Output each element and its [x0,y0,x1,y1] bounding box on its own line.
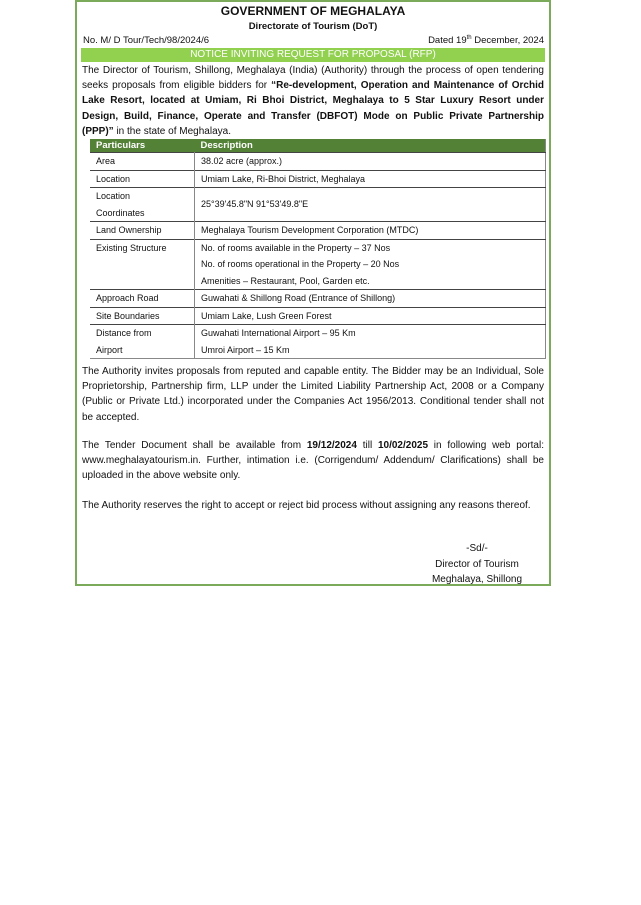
table-row: Distance fromAirportGuwahati Internation… [90,325,546,359]
till-word: till [357,440,378,451]
particular-cell: Location [90,170,195,188]
signature-place: Meghalaya, Shillong [417,572,537,588]
description-cell: Guwahati International Airport – 95 KmUm… [195,325,546,359]
description-cell: 25°39'45.8"N 91°53'49.8"E [195,188,546,222]
description-cell: Umiam Lake, Lush Green Forest [195,307,546,325]
description-value: Umroi Airport – 15 Km [201,342,539,359]
project-details-table: Particulars Description Area38.02 acre (… [90,139,546,359]
reservation-paragraph: The Authority reserves the right to acce… [82,498,544,513]
end-date: 10/02/2025 [378,440,428,451]
date-line: Dated 19th December, 2024 [428,35,544,46]
description-value: Umiam Lake, Lush Green Forest [201,308,539,325]
intro-tail: in the state of Meghalaya. [114,126,231,137]
table-row: Land OwnershipMeghalaya Tourism Developm… [90,222,546,240]
header-description: Description [195,139,546,153]
date-prefix: Dated 19 [428,35,467,46]
document-subtitle: Directorate of Tourism (DoT) [77,21,549,32]
particular-label: Approach Road [96,290,188,307]
table-row: LocationUmiam Lake, Ri-Bhoi District, Me… [90,170,546,188]
particular-label: Area [96,153,188,170]
particular-label: Coordinates [96,205,188,222]
table-row: Approach RoadGuwahati & Shillong Road (E… [90,290,546,308]
date-suffix: December, 2024 [472,35,544,46]
description-cell: No. of rooms available in the Property –… [195,239,546,290]
table-row: Existing StructureNo. of rooms available… [90,239,546,290]
particular-cell: Land Ownership [90,222,195,240]
particular-cell: Existing Structure [90,239,195,290]
signature-sd: -Sd/- [417,541,537,557]
particular-cell: LocationCoordinates [90,188,195,222]
description-value: Meghalaya Tourism Development Corporatio… [201,222,539,239]
particular-cell: Area [90,153,195,171]
table-row: Site BoundariesUmiam Lake, Lush Green Fo… [90,307,546,325]
table-row: Area38.02 acre (approx.) [90,153,546,171]
availability-lead: The Tender Document shall be available f… [82,440,307,451]
description-cell: Meghalaya Tourism Development Corporatio… [195,222,546,240]
particular-label: Land Ownership [96,222,188,239]
particular-label: Airport [96,342,188,359]
particular-cell: Site Boundaries [90,307,195,325]
start-date: 19/12/2024 [307,440,357,451]
signature-block: -Sd/- Director of Tourism Meghalaya, Shi… [417,541,537,588]
document-title: GOVERNMENT OF MEGHALAYA [77,4,549,18]
particular-label: Site Boundaries [96,308,188,325]
description-value: Guwahati & Shillong Road (Entrance of Sh… [201,290,539,307]
description-value: Umiam Lake, Ri-Bhoi District, Meghalaya [201,171,539,188]
particular-label: Existing Structure [96,240,188,257]
notice-frame: GOVERNMENT OF MEGHALAYA Directorate of T… [75,0,551,586]
description-value: No. of rooms available in the Property –… [201,240,539,257]
intro-paragraph: The Director of Tourism, Shillong, Megha… [82,63,544,139]
availability-paragraph: The Tender Document shall be available f… [82,438,544,484]
particular-label: Distance from [96,325,188,342]
particular-label: Location [96,188,188,205]
description-cell: Umiam Lake, Ri-Bhoi District, Meghalaya [195,170,546,188]
table-row: LocationCoordinates25°39'45.8"N 91°53'49… [90,188,546,222]
description-value: 25°39'45.8"N 91°53'49.8"E [201,196,539,213]
particular-cell: Distance fromAirport [90,325,195,359]
eligibility-paragraph: The Authority invites proposals from rep… [82,364,544,425]
particular-label: Location [96,171,188,188]
description-cell: 38.02 acre (approx.) [195,153,546,171]
description-value: Guwahati International Airport – 95 Km [201,325,539,342]
description-cell: Guwahati & Shillong Road (Entrance of Sh… [195,290,546,308]
description-value: Amenities – Restaurant, Pool, Garden etc… [201,273,539,290]
signature-designation: Director of Tourism [417,557,537,573]
reference-number: No. M/ D Tour/Tech/98/2024/6 [83,35,209,46]
header-particulars: Particulars [90,139,195,153]
notice-banner: NOTICE INVITING REQUEST FOR PROPOSAL (RF… [81,48,545,62]
particular-cell: Approach Road [90,290,195,308]
description-value: No. of rooms operational in the Property… [201,256,539,273]
description-value: 38.02 acre (approx.) [201,153,539,170]
